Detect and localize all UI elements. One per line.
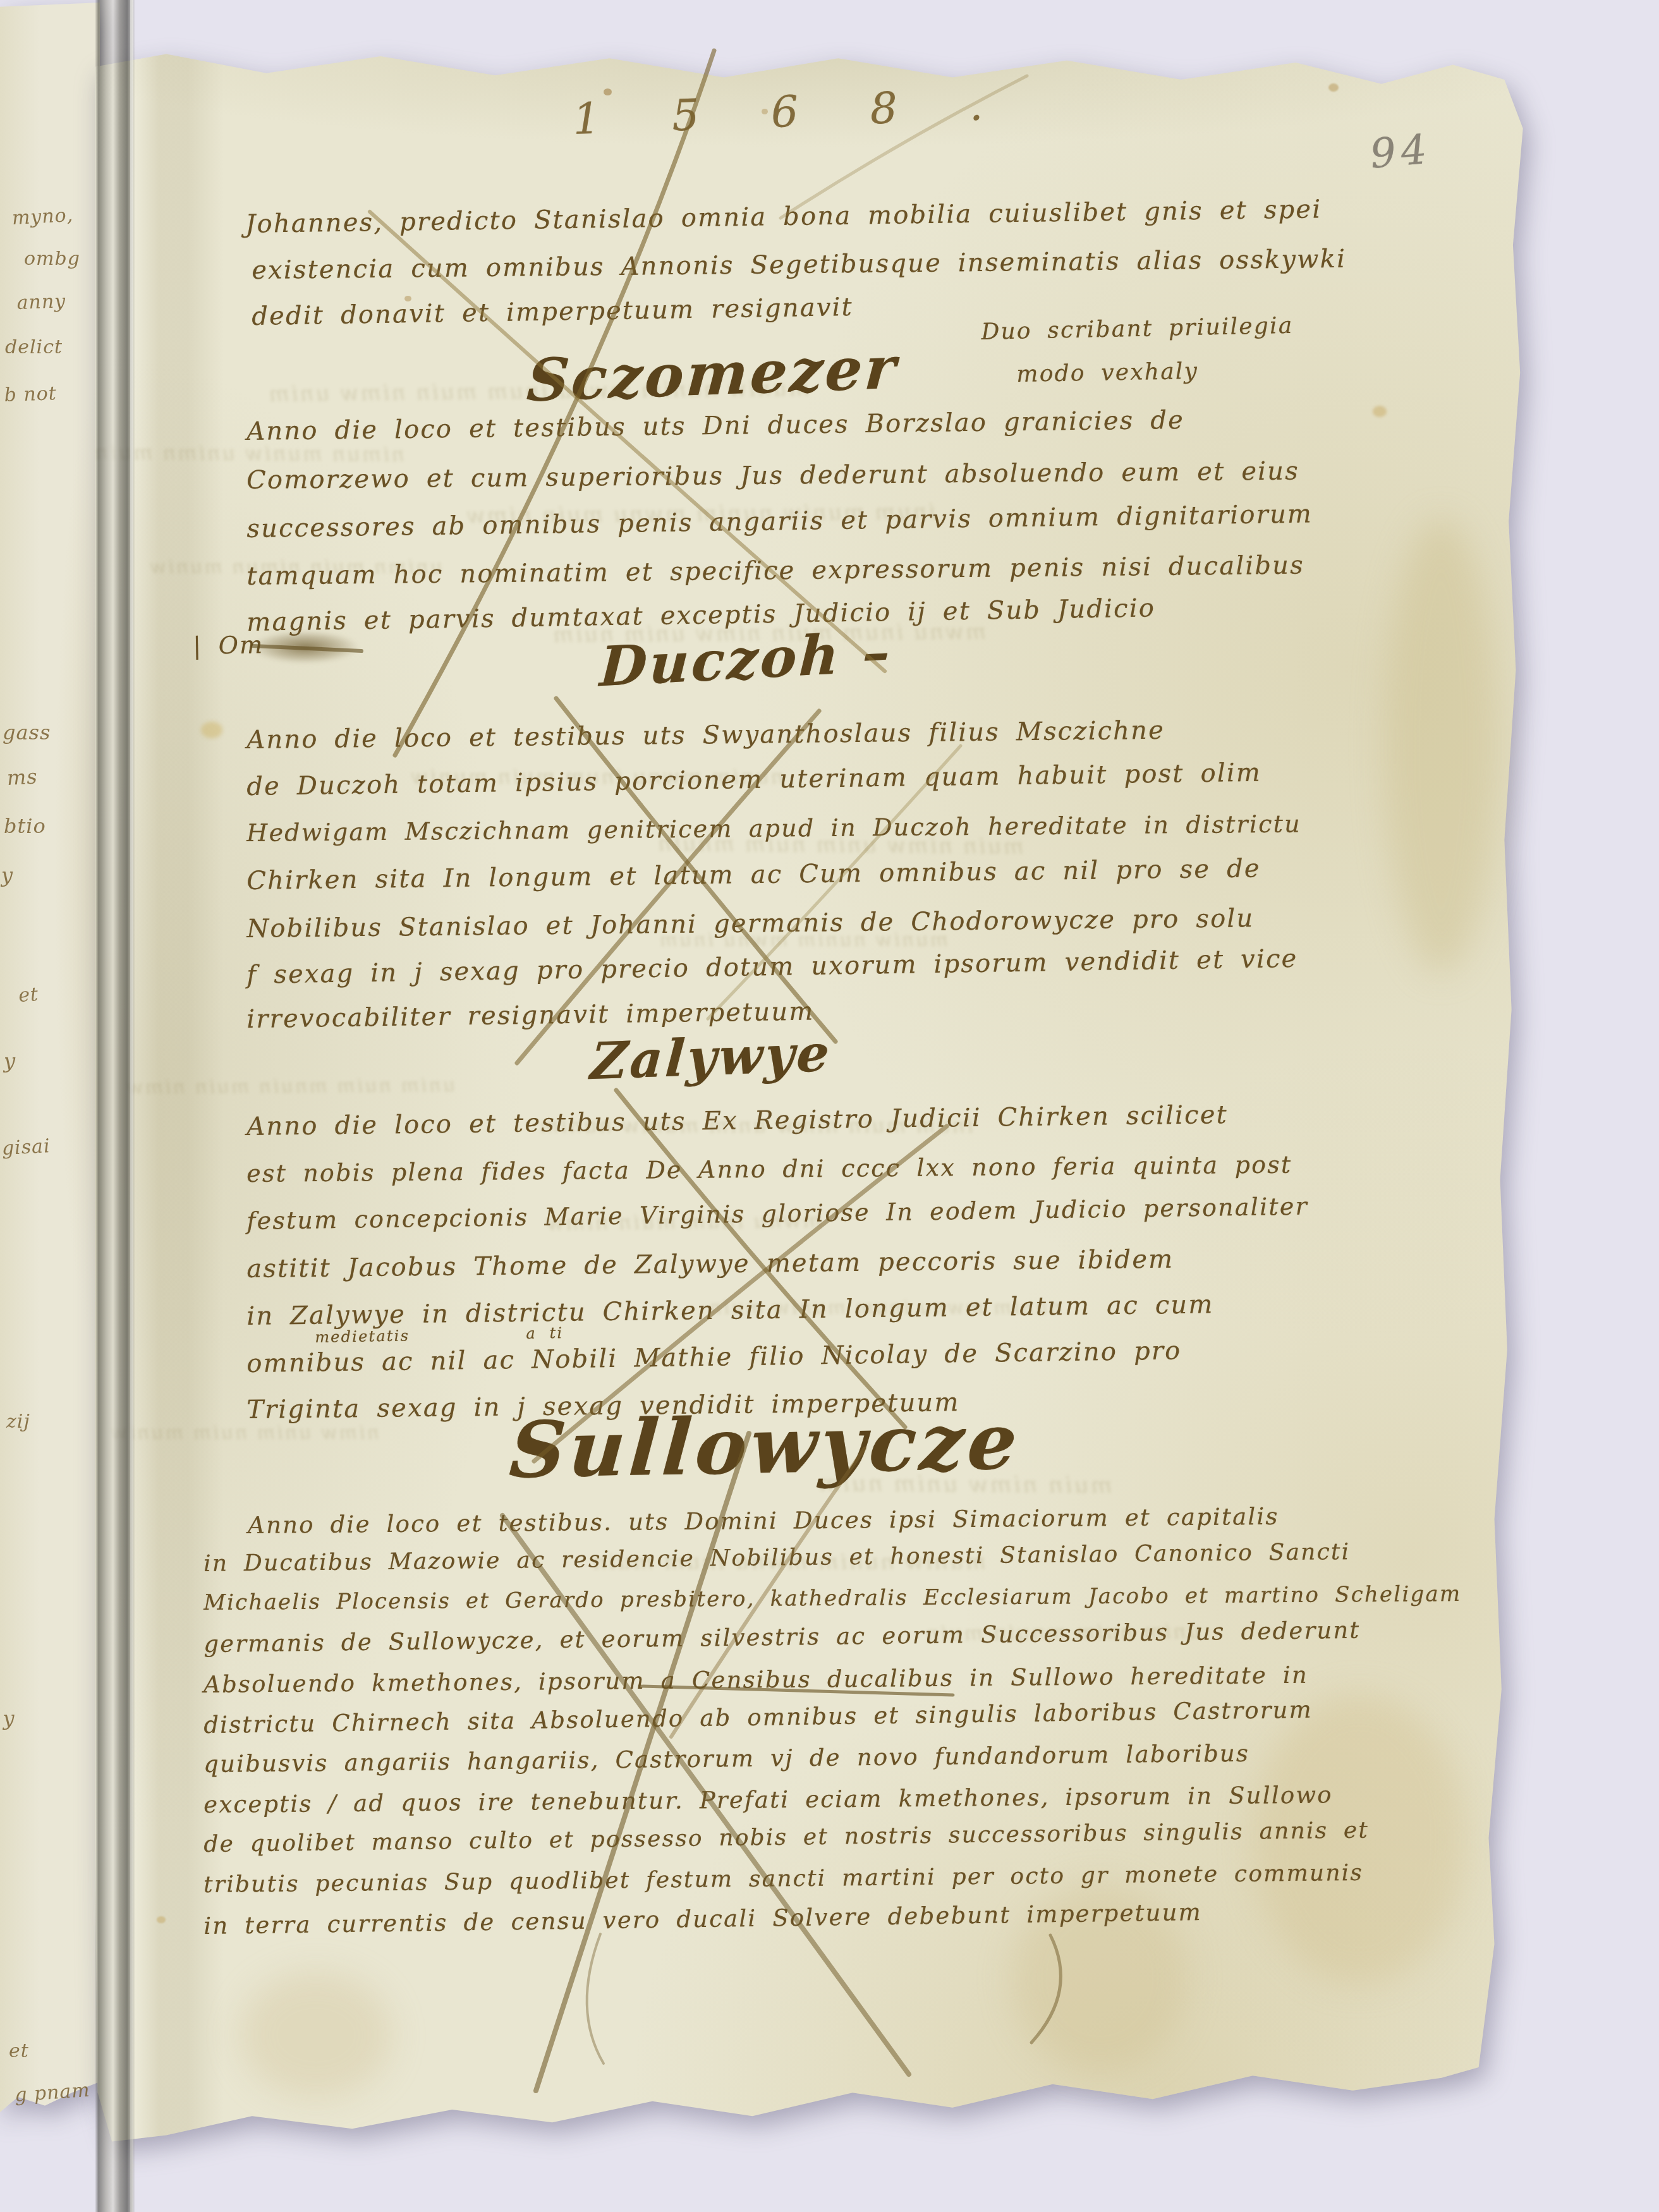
fox-spot bbox=[1328, 83, 1339, 92]
verso-fragment: myno, bbox=[11, 204, 74, 229]
verso-fragment: gisai bbox=[1, 1135, 51, 1160]
stain bbox=[240, 1972, 392, 2098]
verso-fragment: et bbox=[9, 2040, 29, 2062]
fox-spot bbox=[157, 1916, 166, 1923]
section-heading-sullowycze: Sullowycze bbox=[507, 1395, 1024, 1495]
binding-clamp-bar bbox=[95, 0, 135, 2212]
verso-fragment: anny bbox=[16, 290, 66, 314]
section-heading-sczomezer: Sczomezer bbox=[525, 334, 900, 415]
verso-fragment: ombg bbox=[24, 248, 80, 270]
verso-fragment: b not bbox=[4, 382, 57, 406]
bleedthrough-line: unim nuim mnuin muin nimw bbox=[125, 1074, 455, 1099]
verso-fragment: btio bbox=[4, 814, 46, 838]
verso-fragment: y bbox=[4, 1049, 16, 1073]
verso-fragment: y bbox=[1, 863, 13, 887]
fox-spot bbox=[1373, 406, 1387, 417]
stain bbox=[1384, 518, 1498, 973]
ink-blot bbox=[252, 631, 359, 664]
bleedthrough-line: nimw unim nuim muniw bbox=[109, 1422, 379, 1444]
marginal-note-line: modo vexhaly bbox=[1016, 358, 1198, 387]
fox-spot bbox=[201, 722, 222, 738]
verso-fragment: ms bbox=[6, 764, 39, 790]
interlinear-addition: medietatis bbox=[315, 1327, 410, 1346]
verso-fragment: gass bbox=[3, 720, 51, 744]
verso-fragment: et bbox=[18, 983, 39, 1007]
verso-fragment: y bbox=[3, 1706, 15, 1730]
page-number: 94 bbox=[1368, 126, 1434, 178]
verso-fragment: zij bbox=[6, 1411, 30, 1433]
interlinear-addition: a ti bbox=[526, 1324, 564, 1342]
verso-fragment: delict bbox=[5, 336, 63, 358]
section-heading-zalywye: Zalywye bbox=[588, 1023, 834, 1091]
binding-clamp-highlight bbox=[130, 0, 133, 2212]
